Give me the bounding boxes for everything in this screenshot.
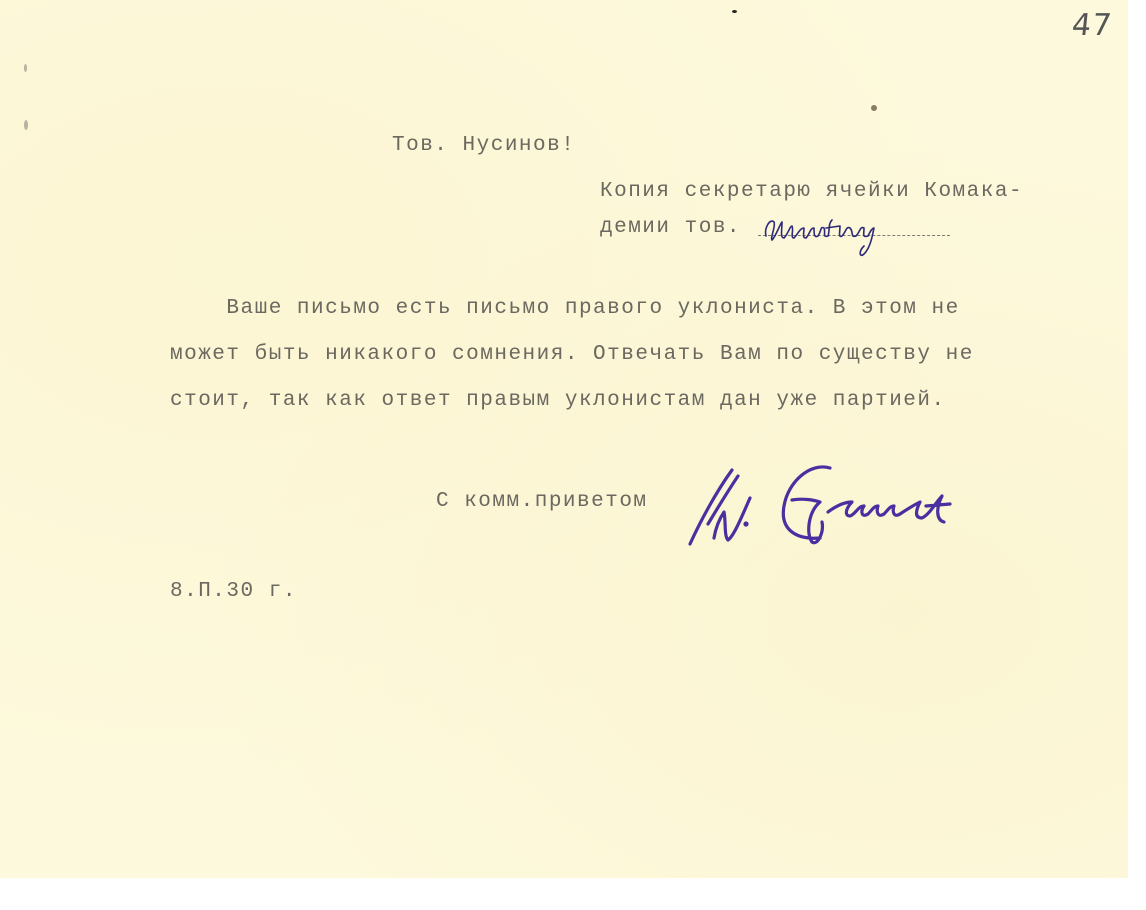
body-line-1: Ваше письмо есть письмо правого уклонист…: [170, 297, 974, 343]
paper-speck: [24, 120, 28, 130]
body-line-2: может быть никакого сомнения. Отвечать В…: [170, 343, 974, 389]
signature: [680, 462, 980, 552]
salutation: Тов. Нусинов!: [392, 134, 575, 157]
handwritten-name: [760, 208, 910, 258]
paper-speck: [24, 64, 27, 72]
document-page: 47 Тов. Нусинов! Копия секретарю ячейки …: [0, 0, 1128, 878]
paper-speck: [871, 105, 877, 111]
folio-number: 47: [1070, 8, 1114, 43]
body-line-3: стоит, так как ответ правым уклонистам д…: [170, 389, 974, 435]
copy-notice-line-2: демии тов.: [600, 216, 741, 239]
copy-notice-line-1: Копия секретарю ячейки Комака-: [600, 180, 1023, 203]
letter-body: Ваше письмо есть письмо правого уклонист…: [170, 297, 974, 435]
paper-speck: [732, 10, 737, 13]
date: 8.П.30 г.: [170, 580, 297, 603]
closing: С комм.приветом: [436, 490, 648, 513]
